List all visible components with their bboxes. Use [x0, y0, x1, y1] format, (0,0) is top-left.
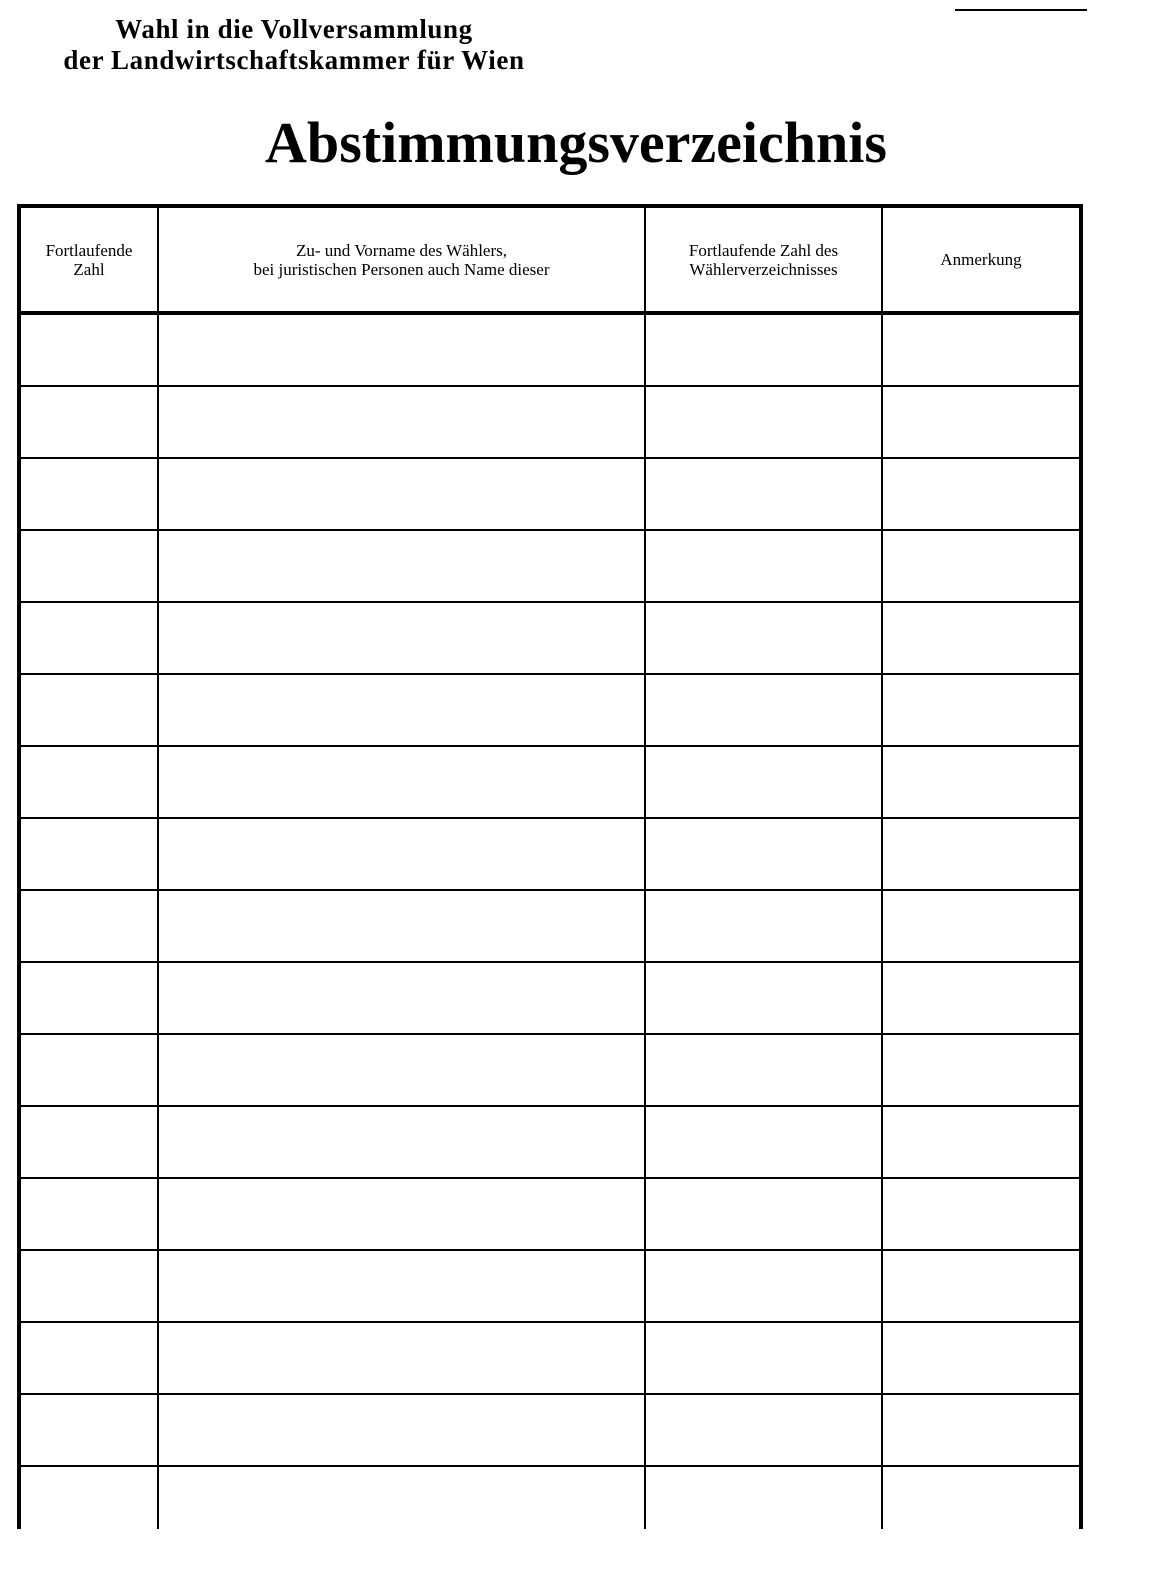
cell-waehlerverzeichnis-zahl[interactable] — [646, 819, 881, 889]
cell-name[interactable] — [159, 387, 644, 457]
cell-name[interactable] — [159, 603, 644, 673]
voting-register-table: Fortlaufende Zahl Zu- und Vorname des Wä… — [17, 204, 1083, 1529]
cell-waehlerverzeichnis-zahl[interactable] — [646, 1107, 881, 1177]
cell-name[interactable] — [159, 747, 644, 817]
cell-anmerkung[interactable] — [883, 747, 1079, 817]
column-divider — [157, 208, 159, 1529]
cell-anmerkung[interactable] — [883, 603, 1079, 673]
cell-name[interactable] — [159, 1035, 644, 1105]
cell-fortlaufende-zahl[interactable] — [21, 315, 157, 385]
cell-name[interactable] — [159, 1323, 644, 1393]
cell-waehlerverzeichnis-zahl[interactable] — [646, 891, 881, 961]
header-text: Zahl — [46, 260, 133, 279]
page-title: Abstimmungsverzeichnis — [0, 108, 1100, 178]
table-row — [21, 891, 1079, 963]
cell-fortlaufende-zahl[interactable] — [21, 459, 157, 529]
cell-name[interactable] — [159, 819, 644, 889]
cell-waehlerverzeichnis-zahl[interactable] — [646, 387, 881, 457]
cell-fortlaufende-zahl[interactable] — [21, 1323, 157, 1393]
cell-fortlaufende-zahl[interactable] — [21, 963, 157, 1033]
cell-anmerkung[interactable] — [883, 1467, 1079, 1539]
cell-anmerkung[interactable] — [883, 1323, 1079, 1393]
cell-name[interactable] — [159, 459, 644, 529]
cell-waehlerverzeichnis-zahl[interactable] — [646, 675, 881, 745]
cell-waehlerverzeichnis-zahl[interactable] — [646, 1251, 881, 1321]
table-row — [21, 675, 1079, 747]
cell-name[interactable] — [159, 891, 644, 961]
table-row — [21, 747, 1079, 819]
table-row — [21, 315, 1079, 387]
cell-waehlerverzeichnis-zahl[interactable] — [646, 531, 881, 601]
cell-anmerkung[interactable] — [883, 675, 1079, 745]
cell-waehlerverzeichnis-zahl[interactable] — [646, 459, 881, 529]
table-row — [21, 1467, 1079, 1539]
cell-fortlaufende-zahl[interactable] — [21, 531, 157, 601]
table-row — [21, 1395, 1079, 1467]
cell-anmerkung[interactable] — [883, 819, 1079, 889]
cell-waehlerverzeichnis-zahl[interactable] — [646, 963, 881, 1033]
cell-name[interactable] — [159, 1395, 644, 1465]
column-header-anmerkung: Anmerkung — [883, 208, 1079, 311]
cell-anmerkung[interactable] — [883, 1035, 1079, 1105]
cell-fortlaufende-zahl[interactable] — [21, 1467, 157, 1539]
cell-name[interactable] — [159, 315, 644, 385]
cell-anmerkung[interactable] — [883, 891, 1079, 961]
cell-anmerkung[interactable] — [883, 1251, 1079, 1321]
cell-anmerkung[interactable] — [883, 387, 1079, 457]
cell-anmerkung[interactable] — [883, 1107, 1079, 1177]
table-row — [21, 1107, 1079, 1179]
cell-waehlerverzeichnis-zahl[interactable] — [646, 1035, 881, 1105]
cell-waehlerverzeichnis-zahl[interactable] — [646, 747, 881, 817]
cell-name[interactable] — [159, 963, 644, 1033]
cell-waehlerverzeichnis-zahl[interactable] — [646, 1179, 881, 1249]
cell-fortlaufende-zahl[interactable] — [21, 675, 157, 745]
cell-anmerkung[interactable] — [883, 963, 1079, 1033]
cell-fortlaufende-zahl[interactable] — [21, 1395, 157, 1465]
cell-fortlaufende-zahl[interactable] — [21, 891, 157, 961]
cell-waehlerverzeichnis-zahl[interactable] — [646, 1323, 881, 1393]
cell-name[interactable] — [159, 531, 644, 601]
cell-anmerkung[interactable] — [883, 1395, 1079, 1465]
cell-waehlerverzeichnis-zahl[interactable] — [646, 1395, 881, 1465]
cell-anmerkung[interactable] — [883, 459, 1079, 529]
cell-fortlaufende-zahl[interactable] — [21, 1179, 157, 1249]
cell-fortlaufende-zahl[interactable] — [21, 1107, 157, 1177]
cell-waehlerverzeichnis-zahl[interactable] — [646, 603, 881, 673]
table-row — [21, 1251, 1079, 1323]
cell-waehlerverzeichnis-zahl[interactable] — [646, 315, 881, 385]
subtitle-line-2: der Landwirtschaftskammer für Wien — [14, 45, 574, 76]
table-row — [21, 459, 1079, 531]
table-row — [21, 1323, 1079, 1395]
table-row — [21, 819, 1079, 891]
cell-waehlerverzeichnis-zahl[interactable] — [646, 1467, 881, 1539]
table-row — [21, 387, 1079, 459]
cell-fortlaufende-zahl[interactable] — [21, 1251, 157, 1321]
table-row — [21, 531, 1079, 603]
table-row — [21, 1035, 1079, 1107]
table-row — [21, 963, 1079, 1035]
cell-name[interactable] — [159, 1251, 644, 1321]
column-divider — [644, 208, 646, 1529]
column-header-name: Zu- und Vorname des Wählers, bei juristi… — [159, 208, 644, 311]
header-text: Anmerkung — [940, 250, 1021, 269]
table-row — [21, 603, 1079, 675]
cell-anmerkung[interactable] — [883, 531, 1079, 601]
cell-name[interactable] — [159, 675, 644, 745]
header-text: bei juristischen Personen auch Name dies… — [254, 260, 550, 279]
cell-fortlaufende-zahl[interactable] — [21, 747, 157, 817]
cell-anmerkung[interactable] — [883, 315, 1079, 385]
cell-fortlaufende-zahl[interactable] — [21, 603, 157, 673]
cell-name[interactable] — [159, 1467, 644, 1539]
subtitle-line-1: Wahl in die Vollversammlung — [14, 14, 574, 45]
cell-anmerkung[interactable] — [883, 1179, 1079, 1249]
cell-fortlaufende-zahl[interactable] — [21, 1035, 157, 1105]
page-number-rule — [955, 9, 1087, 11]
cell-fortlaufende-zahl[interactable] — [21, 387, 157, 457]
cell-name[interactable] — [159, 1179, 644, 1249]
header-text: Fortlaufende — [46, 241, 133, 260]
header-text: Fortlaufende Zahl des — [689, 241, 838, 260]
election-subtitle: Wahl in die Vollversammlung der Landwirt… — [14, 14, 574, 76]
column-divider — [881, 208, 883, 1529]
cell-name[interactable] — [159, 1107, 644, 1177]
column-header-waehlerverzeichnis-zahl: Fortlaufende Zahl des Wählerverzeichniss… — [646, 208, 881, 311]
header-text: Wählerverzeichnisses — [689, 260, 838, 279]
cell-fortlaufende-zahl[interactable] — [21, 819, 157, 889]
table-row — [21, 1179, 1079, 1251]
column-header-fortlaufende-zahl: Fortlaufende Zahl — [21, 208, 157, 311]
header-text: Zu- und Vorname des Wählers, — [254, 241, 550, 260]
